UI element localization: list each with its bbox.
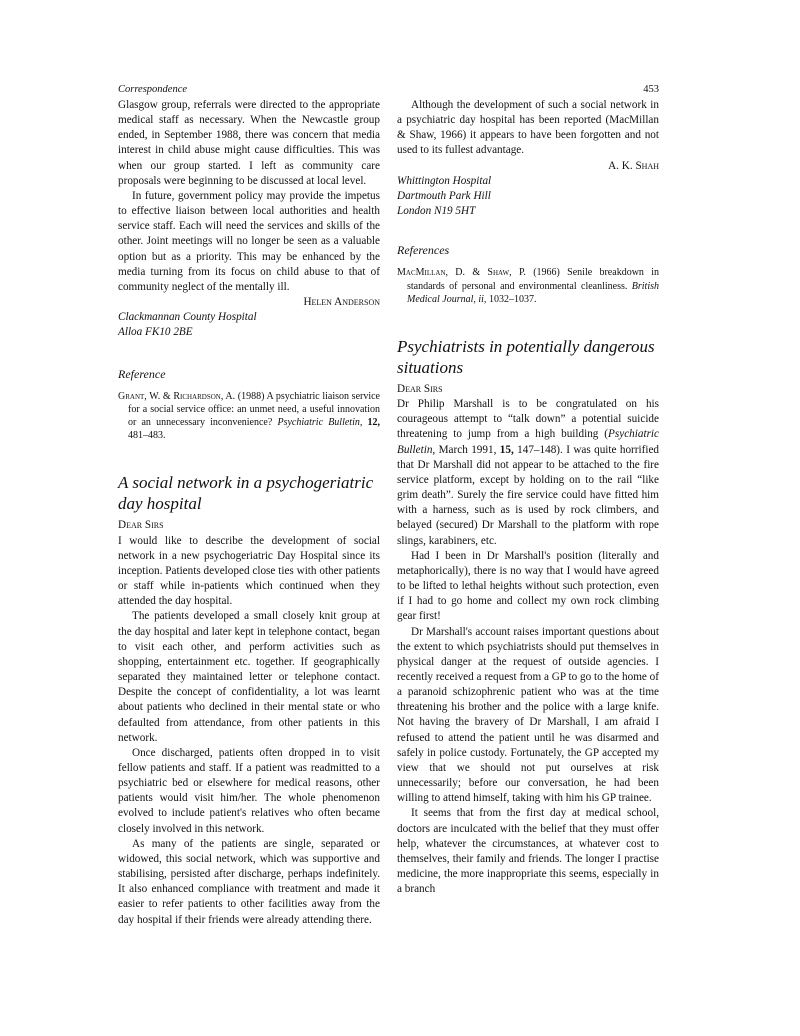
reference-heading: Reference	[118, 367, 380, 382]
address-line-3: London N19 5HT	[397, 204, 659, 219]
ref-pages: 481–483.	[128, 430, 166, 441]
reference-entry: Grant, W. & Richardson, A. (1988) A psyc…	[118, 390, 380, 443]
left-column: Correspondence Glasgow group, referrals …	[118, 82, 380, 928]
signature-shah: A. K. Shah	[397, 159, 659, 174]
article-title: A social network in a psychogeriatric da…	[118, 472, 380, 514]
salutation: Dear Sirs	[118, 518, 380, 533]
address-line-2: Alloa FK10 2BE	[118, 325, 380, 340]
references-heading: References	[397, 243, 659, 258]
p1-mid: March 1991,	[435, 444, 500, 456]
article-title: Psychiatrists in potentially dangerous s…	[397, 336, 659, 378]
article-paragraph-3: Once discharged, patients often dropped …	[118, 746, 380, 837]
ref-journal: Psychiatric Bulletin,	[277, 417, 362, 428]
ref-authors: MacMillan, D. & Shaw, P.	[397, 267, 526, 278]
p1-end: 147–148). I was quite horrified that Dr …	[397, 444, 659, 547]
ref-volume: 12,	[362, 417, 380, 428]
ref-authors: Grant, W. & Richardson, A.	[118, 391, 235, 402]
article-paragraph-2: Had I been in Dr Marshall's position (li…	[397, 549, 659, 625]
continuation-paragraph-1: Glasgow group, referrals were directed t…	[118, 98, 380, 189]
signature-anderson: Helen Anderson	[118, 295, 380, 310]
address-line-2: Dartmouth Park Hill	[397, 189, 659, 204]
running-head: Correspondence	[118, 82, 380, 98]
article-paragraph-3: Dr Marshall's account raises important q…	[397, 625, 659, 807]
ref-volume: ii,	[476, 294, 487, 305]
article-paragraph-4: As many of the patients are single, sepa…	[118, 837, 380, 928]
right-column: 453 Although the development of such a s…	[397, 82, 659, 897]
address-line-1: Whittington Hospital	[397, 174, 659, 189]
article-paragraph-4: It seems that from the first day at medi…	[397, 806, 659, 897]
continuation-paragraph-2: In future, government policy may provide…	[118, 189, 380, 295]
page-number: 453	[397, 82, 659, 98]
article-paragraph-1: Dr Philip Marshall is to be congratulate…	[397, 397, 659, 549]
reference-entry: MacMillan, D. & Shaw, P. (1966) Senile b…	[397, 266, 659, 306]
ref-pages: 1032–1037.	[486, 294, 536, 305]
article-paragraph-2: The patients developed a small closely k…	[118, 609, 380, 745]
p1-volume: 15,	[500, 444, 514, 456]
address-line-1: Clackmannan County Hospital	[118, 310, 380, 325]
article-paragraph-1: I would like to describe the development…	[118, 534, 380, 610]
salutation: Dear Sirs	[397, 382, 659, 397]
continuation-paragraph: Although the development of such a socia…	[397, 98, 659, 159]
